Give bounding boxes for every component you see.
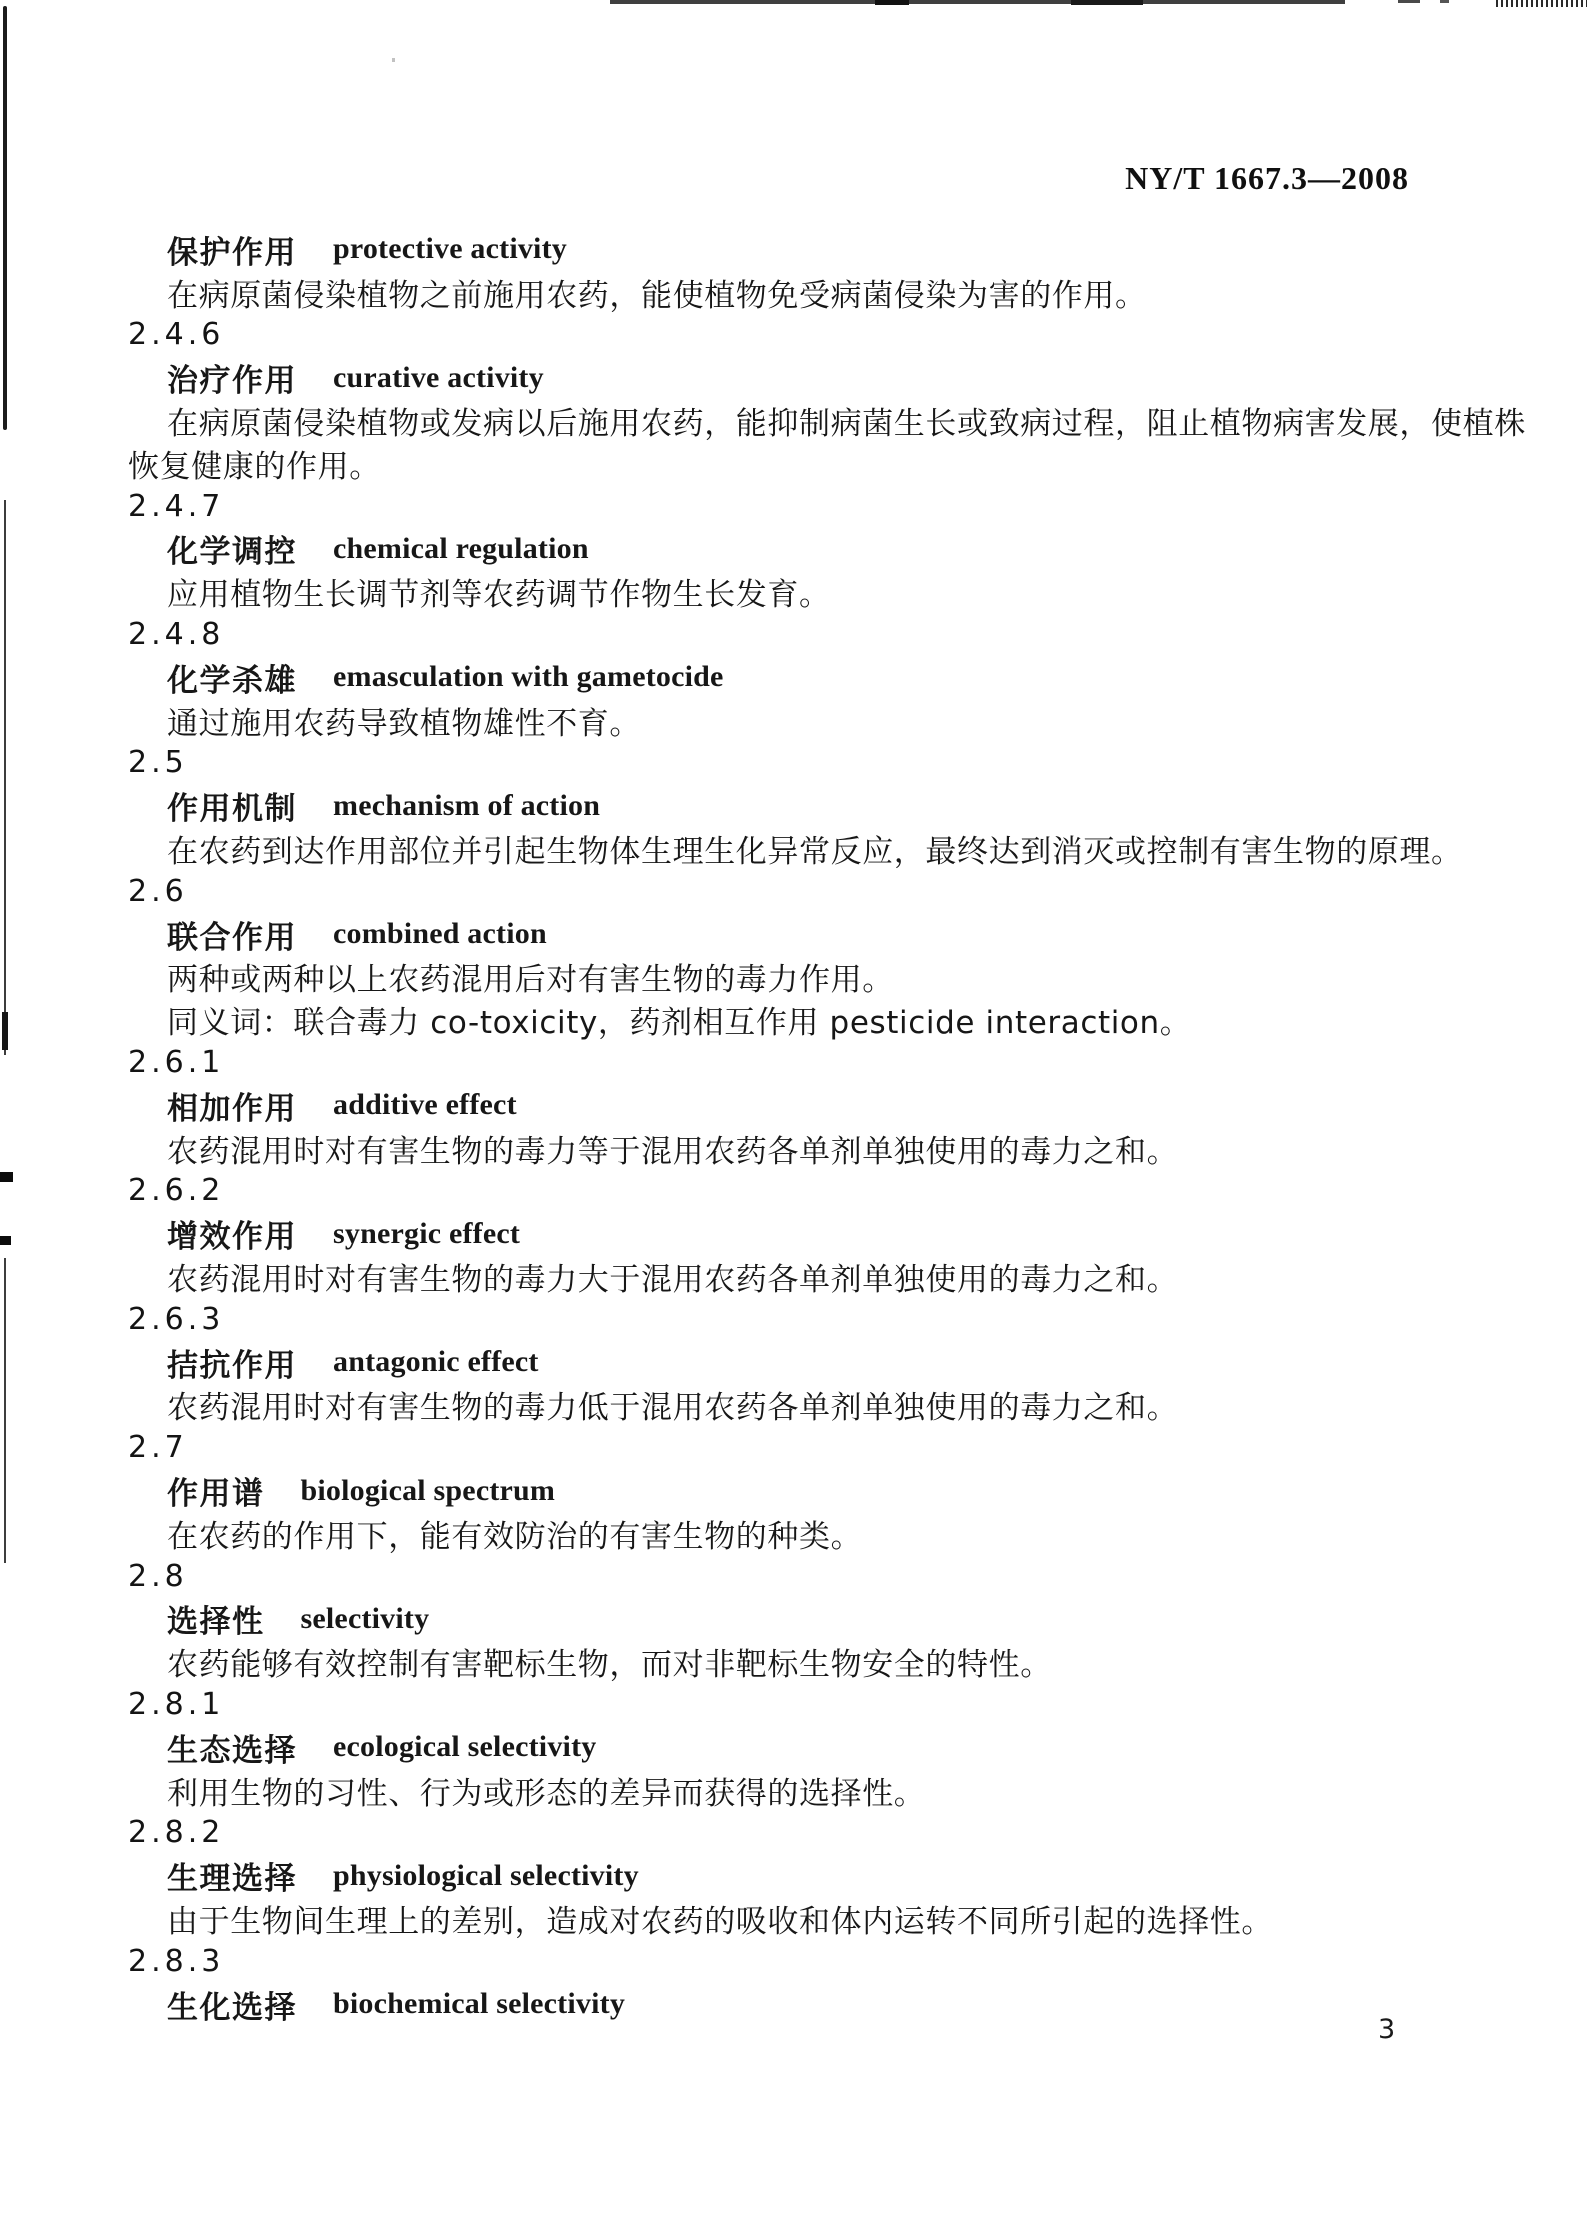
scan-artifact-top-corner bbox=[1496, 0, 1587, 7]
term-cn: 化学杀雄 bbox=[167, 655, 297, 700]
term-heading: 选择性 selectivity bbox=[128, 1598, 1528, 1641]
definition: 利用生物的习性、行为或形态的差异而获得的选择性。 bbox=[128, 1769, 1528, 1812]
term-cn: 化学调控 bbox=[167, 526, 297, 571]
section-number-text: 2.8.1 bbox=[128, 1687, 224, 1722]
definition: 应用植物生长调节剂等农药调节作物生长发育。 bbox=[128, 570, 1528, 613]
section-number: 2.6.3 bbox=[128, 1298, 1528, 1341]
scan-artifact-top-dash bbox=[1440, 0, 1449, 3]
scan-artifact-top-dark bbox=[1071, 0, 1143, 5]
term-en: ecological selectivity bbox=[333, 1730, 596, 1764]
section-number: 2.6 bbox=[128, 870, 1528, 913]
term-cn: 生态选择 bbox=[167, 1725, 297, 1770]
term-en: selectivity bbox=[301, 1602, 430, 1636]
term-en: biological spectrum bbox=[301, 1474, 556, 1508]
scan-artifact-top-dash bbox=[1398, 0, 1420, 3]
section-number: 2.6.2 bbox=[128, 1170, 1528, 1213]
term-en: antagonic effect bbox=[333, 1345, 539, 1379]
section-number: 2.7 bbox=[128, 1426, 1528, 1469]
term-cn: 作用机制 bbox=[167, 783, 297, 828]
section-number: 2.8.1 bbox=[128, 1683, 1528, 1726]
definition: 在农药到达作用部位并引起生物体生理生化异常反应，最终达到消灭或控制有害生物的原理… bbox=[128, 827, 1528, 870]
term-en: biochemical selectivity bbox=[333, 1987, 625, 2021]
term-heading: 生态选择 ecological selectivity bbox=[128, 1726, 1528, 1769]
term-heading: 生理选择 physiological selectivity bbox=[128, 1854, 1528, 1897]
section-number-text: 2.4.6 bbox=[128, 317, 224, 352]
section-number-text: 2.8.2 bbox=[128, 1815, 224, 1850]
term-cn: 拮抗作用 bbox=[167, 1340, 297, 1385]
synonym-line: 同义词：联合毒力 co-toxicity，药剂相互作用 pesticide in… bbox=[128, 998, 1528, 1041]
scan-artifact-left-edge bbox=[3, 6, 7, 430]
section-number: 2.4.6 bbox=[128, 314, 1528, 357]
section-number-text: 2.8 bbox=[128, 1559, 188, 1594]
term-cn: 治疗作用 bbox=[167, 355, 297, 400]
section-number-text: 2.6.1 bbox=[128, 1045, 224, 1080]
definition: 在病原菌侵染植物之前施用农药，能使植物免受病菌侵染为害的作用。 bbox=[128, 271, 1528, 314]
term-cn: 选择性 bbox=[167, 1596, 265, 1641]
definition: 农药混用时对有害生物的毒力低于混用农药各单剂单独使用的毒力之和。 bbox=[128, 1384, 1528, 1427]
term-en: curative activity bbox=[333, 361, 544, 395]
definition: 农药混用时对有害生物的毒力大于混用农药各单剂单独使用的毒力之和。 bbox=[128, 1255, 1528, 1298]
term-heading: 拮抗作用 antagonic effect bbox=[128, 1341, 1528, 1384]
term-cn: 联合作用 bbox=[167, 912, 297, 957]
term-en: protective activity bbox=[333, 232, 567, 266]
scan-artifact-left-edge bbox=[4, 500, 6, 1055]
definition: 由于生物间生理上的差别，造成对农药的吸收和体内运转不同所引起的选择性。 bbox=[128, 1897, 1528, 1940]
term-en: emasculation with gametocide bbox=[333, 660, 724, 694]
section-number-text: 2.6.2 bbox=[128, 1173, 224, 1208]
section-number-text: 2.4.8 bbox=[128, 617, 224, 652]
term-cn: 相加作用 bbox=[167, 1083, 297, 1128]
term-cn: 增效作用 bbox=[167, 1211, 297, 1256]
term-heading: 作用机制 mechanism of action bbox=[128, 784, 1528, 827]
section-number: 2.8.3 bbox=[128, 1940, 1528, 1983]
term-heading: 作用谱 biological spectrum bbox=[128, 1469, 1528, 1512]
scan-artifact-top-band bbox=[610, 0, 1345, 4]
term-heading: 联合作用 combined action bbox=[128, 913, 1528, 956]
definition: 两种或两种以上农药混用后对有害生物的毒力作用。 bbox=[128, 956, 1528, 999]
section-number: 2.4.7 bbox=[128, 485, 1528, 528]
section-number: 2.5 bbox=[128, 742, 1528, 785]
section-number-text: 2.5 bbox=[128, 745, 188, 780]
scan-artifact-top-dark bbox=[875, 0, 909, 5]
scan-artifact-left-edge bbox=[2, 1012, 8, 1050]
doc-number: NY/T 1667.3—2008 bbox=[1125, 160, 1409, 197]
definition-continued: 恢复健康的作用。 bbox=[128, 442, 1528, 485]
section-number-text: 2.7 bbox=[128, 1430, 188, 1465]
scan-artifact-left-edge bbox=[4, 1258, 6, 1563]
term-cn: 作用谱 bbox=[167, 1468, 265, 1513]
definition: 通过施用农药导致植物雄性不育。 bbox=[128, 699, 1528, 742]
section-number: 2.8.2 bbox=[128, 1811, 1528, 1854]
scan-artifact-left-dash bbox=[0, 1236, 11, 1245]
term-heading: 保护作用 protective activity bbox=[128, 228, 1528, 271]
section-number: 2.4.8 bbox=[128, 613, 1528, 656]
section-number-text: 2.6 bbox=[128, 874, 188, 909]
section-number-text: 2.4.7 bbox=[128, 489, 224, 524]
term-heading: 化学调控 chemical regulation bbox=[128, 528, 1528, 571]
term-en: synergic effect bbox=[333, 1217, 520, 1251]
term-cn: 生化选择 bbox=[167, 1982, 297, 2027]
section-number-text: 2.8.3 bbox=[128, 1944, 224, 1979]
section-number-text: 2.6.3 bbox=[128, 1302, 224, 1337]
term-cn: 保护作用 bbox=[167, 227, 297, 272]
definition: 在农药的作用下，能有效防治的有害生物的种类。 bbox=[128, 1512, 1528, 1555]
section-number: 2.6.1 bbox=[128, 1041, 1528, 1084]
term-en: additive effect bbox=[333, 1088, 517, 1122]
term-heading: 相加作用 additive effect bbox=[128, 1084, 1528, 1127]
term-heading: 增效作用 synergic effect bbox=[128, 1212, 1528, 1255]
page-number: 3 bbox=[1378, 2014, 1395, 2045]
definition: 农药混用时对有害生物的毒力等于混用农药各单剂单独使用的毒力之和。 bbox=[128, 1127, 1528, 1170]
section-number: 2.8 bbox=[128, 1555, 1528, 1598]
term-cn: 生理选择 bbox=[167, 1853, 297, 1898]
term-en: chemical regulation bbox=[333, 532, 589, 566]
definition: 农药能够有效控制有害靶标生物，而对非靶标生物安全的特性。 bbox=[128, 1640, 1528, 1683]
term-en: physiological selectivity bbox=[333, 1859, 639, 1893]
term-en: combined action bbox=[333, 917, 547, 951]
scan-artifact-left-dash bbox=[0, 1172, 13, 1182]
term-heading: 生化选择 biochemical selectivity bbox=[128, 1983, 1528, 2026]
terminology-list: 保护作用 protective activity 在病原菌侵染植物之前施用农药，… bbox=[128, 228, 1528, 2025]
definition: 在病原菌侵染植物或发病以后施用农药，能抑制病菌生长或致病过程，阻止植物病害发展，… bbox=[128, 399, 1528, 442]
term-heading: 治疗作用 curative activity bbox=[128, 356, 1528, 399]
scan-artifact-speck bbox=[392, 58, 395, 62]
scanned-document-page: NY/T 1667.3—2008 保护作用 protective activit… bbox=[0, 0, 1587, 2218]
term-heading: 化学杀雄 emasculation with gametocide bbox=[128, 656, 1528, 699]
term-en: mechanism of action bbox=[333, 789, 600, 823]
